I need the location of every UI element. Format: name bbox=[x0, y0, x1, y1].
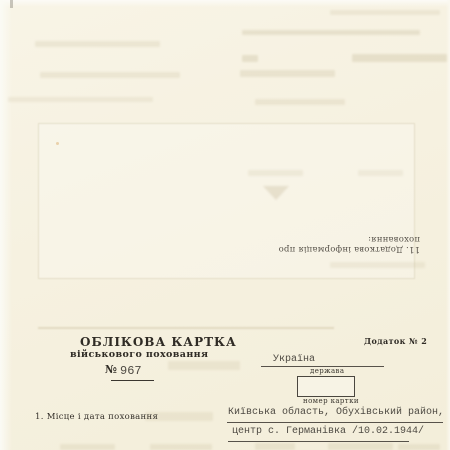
bleedthrough-mark bbox=[248, 170, 303, 176]
bleedthrough-mark bbox=[255, 443, 295, 450]
burial-place-underline-2 bbox=[228, 441, 409, 442]
bleedthrough-mark bbox=[330, 262, 425, 268]
bleedthrough-mark bbox=[60, 444, 115, 450]
bleedthrough-rule bbox=[38, 327, 334, 329]
section-1-label: 1. Місце і дата поховання bbox=[35, 412, 158, 422]
bleedthrough-mark bbox=[330, 10, 440, 15]
card-title: ОБЛІКОВА КАРТКА bbox=[80, 335, 237, 349]
card-subtitle: військового поховання bbox=[70, 349, 208, 360]
bleedthrough-mark bbox=[352, 54, 447, 62]
burial-place-line-1: Київська область, Обухівський район, bbox=[228, 407, 444, 418]
bleedthrough-photo-frame bbox=[38, 123, 415, 279]
bleedthrough-mark bbox=[242, 55, 258, 62]
reverse-section-11-label: 11. Додаткова інформація про поховання: bbox=[242, 242, 420, 254]
card-number-box-label: номер картки bbox=[303, 397, 359, 405]
bleedthrough-mark bbox=[168, 361, 240, 370]
bleedthrough-mark bbox=[358, 170, 403, 176]
bleedthrough-mark bbox=[242, 30, 420, 35]
card-number-underline bbox=[111, 380, 154, 381]
country-value: Україна bbox=[273, 354, 315, 365]
bleedthrough-mark bbox=[150, 444, 212, 450]
card-number-sign: № bbox=[105, 363, 117, 376]
bleedthrough-stamp-mark bbox=[263, 186, 289, 200]
bleedthrough-mark bbox=[328, 443, 393, 450]
bleedthrough-mark bbox=[40, 72, 180, 78]
scan-edge-right bbox=[446, 0, 450, 450]
bleedthrough-mark bbox=[8, 97, 153, 102]
bleedthrough-mark bbox=[240, 70, 335, 77]
scanned-document: { "scan": { "attachment_note": "Додаток … bbox=[0, 0, 450, 450]
bleedthrough-mark bbox=[255, 99, 345, 105]
scan-edge-top bbox=[0, 0, 450, 7]
paper-tear-notch bbox=[10, 0, 13, 8]
card-number-box bbox=[297, 376, 355, 397]
bleedthrough-mark bbox=[398, 444, 440, 450]
scan-edge-left bbox=[0, 0, 12, 450]
attachment-note: Додаток № 2 bbox=[364, 336, 427, 346]
burial-place-line-2: центр с. Германівка /10.02.1944/ bbox=[232, 426, 424, 437]
bleedthrough-mark bbox=[35, 41, 160, 47]
country-field-label: держава bbox=[310, 367, 344, 375]
card-number-value: 967 bbox=[120, 364, 142, 378]
burial-place-underline-1 bbox=[227, 422, 443, 423]
